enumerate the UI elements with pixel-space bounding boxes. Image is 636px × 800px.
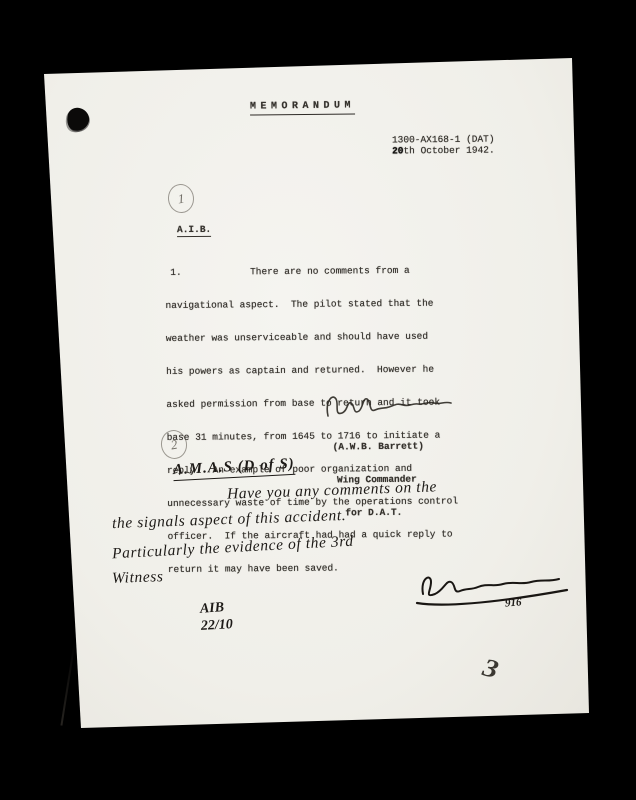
- signatory-name: (A.W.B. Barrett): [333, 441, 424, 453]
- paragraph-line: his powers as captain and returned. Howe…: [166, 363, 457, 377]
- reference-number: 1300-AX168-1 (DAT): [392, 134, 495, 146]
- handwritten-note-line: Witness: [112, 568, 164, 588]
- signatory-for: for D.A.T.: [333, 507, 424, 519]
- paragraph-line: navigational aspect. The pilot stated th…: [165, 297, 456, 311]
- section-heading-aib: A.I.B.: [177, 224, 211, 237]
- memo-date-rest: th October 1942.: [403, 145, 494, 157]
- reference-block: 1300-AX168-1 (DAT)20th October 1942.: [392, 134, 495, 157]
- reviewer-signature-icon: [415, 570, 575, 612]
- memo-title: MEMORANDUM: [250, 100, 355, 115]
- signature-number: 916: [505, 596, 522, 609]
- memo-date: 20th October 1942.: [392, 145, 495, 157]
- handwritten-date: 22/10: [201, 617, 234, 635]
- pencil-number-1: 1: [177, 190, 185, 207]
- paragraph-line: 1. There are no comments from a: [165, 264, 456, 278]
- paper-crease: [60, 642, 75, 725]
- handwritten-ref-aib: AIB: [199, 600, 224, 618]
- memo-date-day: 20: [392, 145, 404, 156]
- scan-background: MEMORANDUM 1300-AX168-1 (DAT)20th Octobe…: [0, 0, 636, 800]
- paragraph-line: weather was unserviceable and should hav…: [166, 330, 457, 344]
